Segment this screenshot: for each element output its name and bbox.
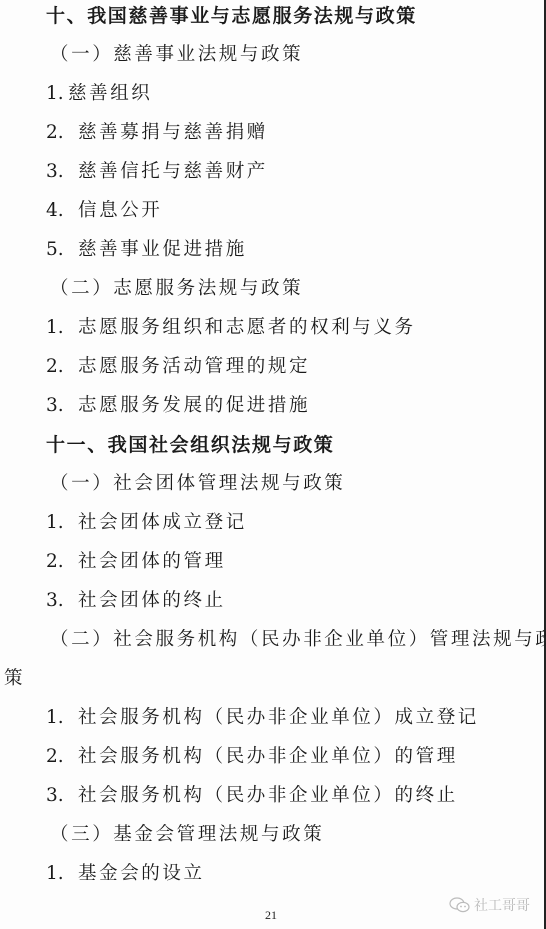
item-number: 1. [46,508,78,538]
item-number: 1. [46,313,78,343]
list-item: 1.社会服务机构（民办非企业单位）成立登记 [46,703,479,733]
subsection-title-continuation: 策 [4,664,25,694]
list-item: 5.慈善事业促进措施 [46,235,247,265]
item-number: 3. [46,157,78,187]
subsection-title: （一）社会团体管理法规与政策 [50,469,345,499]
list-item: 2.社会团体的管理 [46,547,226,577]
list-item: 4.信息公开 [46,196,162,226]
item-number: 4. [46,196,78,226]
item-text: 社会服务机构（民办非企业单位）成立登记 [78,707,479,728]
list-item: 1.志愿服务组织和志愿者的权利与义务 [46,313,416,343]
list-item: 2.志愿服务活动管理的规定 [46,352,310,382]
item-number: 2. [46,547,78,577]
item-text: 慈善事业促进措施 [78,239,247,260]
list-item: 2.社会服务机构（民办非企业单位）的管理 [46,742,458,772]
item-text: 志愿服务发展的促进措施 [78,395,310,416]
item-text: 社会团体的终止 [78,590,226,611]
item-text: 社会服务机构（民办非企业单位）的终止 [78,785,458,806]
list-item: 3.慈善信托与慈善财产 [46,157,268,187]
list-item: 3.社会团体的终止 [46,586,226,616]
list-item: 2.慈善募捐与慈善捐赠 [46,118,268,148]
item-number: 2. [46,118,78,148]
item-text: 信息公开 [78,200,162,221]
item-text: 慈善信托与慈善财产 [78,161,268,182]
item-text: 基金会的设立 [78,863,205,884]
item-text: 慈善组织 [68,83,152,104]
item-text: 志愿服务组织和志愿者的权利与义务 [78,317,416,338]
list-item: 1.基金会的设立 [46,859,205,889]
item-text: 社会团体的管理 [78,551,226,572]
item-number: 3. [46,391,78,421]
subsection-title: （二）社会服务机构（民办非企业单位）管理法规与政 [50,625,546,655]
item-number: 2. [46,352,78,382]
list-item: 1.社会团体成立登记 [46,508,247,538]
item-number: 5. [46,235,78,265]
item-number: 1. [46,859,78,889]
subsection-title: （二）志愿服务法规与政策 [50,274,303,304]
page-number: 21 [0,908,542,923]
item-number: 2. [46,742,78,772]
section-heading: 十一、我国社会组织法规与政策 [46,430,334,460]
section-heading: 十、我国慈善事业与志愿服务法规与政策 [46,1,417,31]
item-text: 社会服务机构（民办非企业单位）的管理 [78,746,458,767]
item-number: 3. [46,781,78,811]
item-number: 1. [46,703,78,733]
item-number: 1. [46,79,68,109]
list-item: 3.社会服务机构（民办非企业单位）的终止 [46,781,458,811]
subsection-title: （一）慈善事业法规与政策 [50,40,303,70]
item-text: 慈善募捐与慈善捐赠 [78,122,268,143]
subsection-title: （三）基金会管理法规与政策 [50,820,324,850]
item-text: 志愿服务活动管理的规定 [78,356,310,377]
list-item: 1.慈善组织 [46,79,152,109]
item-text: 社会团体成立登记 [78,512,247,533]
item-number: 3. [46,586,78,616]
document-page: 十、我国慈善事业与志愿服务法规与政策 （一）慈善事业法规与政策 1.慈善组织 2… [0,0,546,929]
list-item: 3.志愿服务发展的促进措施 [46,391,310,421]
